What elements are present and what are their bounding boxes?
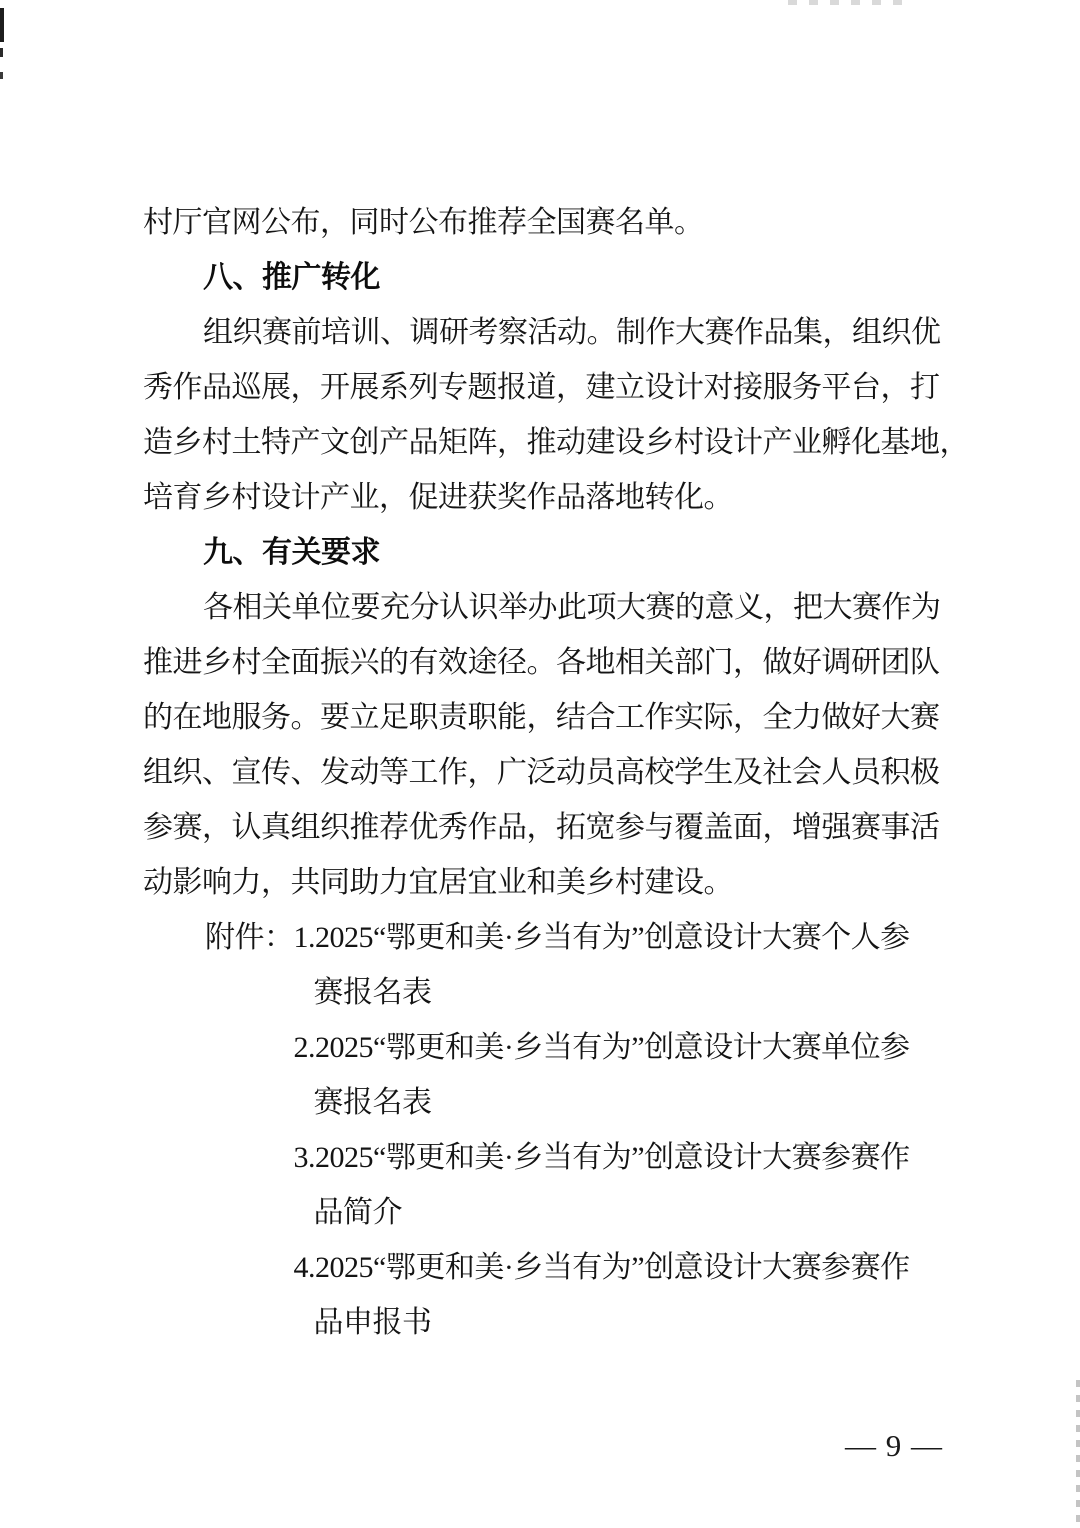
scan-artifact-left-edge xyxy=(0,8,4,42)
attachment-line: 赛报名表 xyxy=(294,1075,949,1130)
attachment-line: 4.2025“鄂更和美·乡当有为”创意设计大赛参赛作 xyxy=(294,1240,949,1295)
scan-artifact-top-dashes xyxy=(788,0,910,5)
attachments-list: 1.2025“鄂更和美·乡当有为”创意设计大赛个人参 赛报名表 2.2025“鄂… xyxy=(294,910,949,1350)
attachment-line: 1.2025“鄂更和美·乡当有为”创意设计大赛个人参 xyxy=(294,910,949,965)
attachment-item: 1.2025“鄂更和美·乡当有为”创意设计大赛个人参 赛报名表 xyxy=(294,910,949,1020)
text-line: 参赛，认真组织推荐优秀作品，拓宽参与覆盖面，增强赛事活 xyxy=(143,800,948,855)
text-line: 造乡村土特产文创产品矩阵，推动建设乡村设计产业孵化基地， xyxy=(143,415,948,470)
section-heading-promotion: 八、推广转化 xyxy=(143,250,948,305)
scan-artifact-left-edge xyxy=(0,48,3,57)
attachments-label: 附件： xyxy=(205,910,294,965)
document-body: 村厅官网公布，同时公布推荐全国赛名单。 八、推广转化 组织赛前培训、调研考察活动… xyxy=(143,195,948,1350)
attachment-line: 赛报名表 xyxy=(294,965,949,1020)
attachment-item: 4.2025“鄂更和美·乡当有为”创意设计大赛参赛作 品申报书 xyxy=(294,1240,949,1350)
document-page: 村厅官网公布，同时公布推荐全国赛名单。 八、推广转化 组织赛前培训、调研考察活动… xyxy=(0,0,1080,1528)
scan-artifact-left-edge xyxy=(0,72,3,79)
text-line: 的在地服务。要立足职责职能，结合工作实际，全力做好大赛 xyxy=(143,690,948,745)
text-line: 各相关单位要充分认识举办此项大赛的意义，把大赛作为 xyxy=(143,580,948,635)
text-line: 秀作品巡展，开展系列专题报道，建立设计对接服务平台，打 xyxy=(143,360,948,415)
attachment-line: 3.2025“鄂更和美·乡当有为”创意设计大赛参赛作 xyxy=(294,1130,949,1185)
attachment-item: 3.2025“鄂更和美·乡当有为”创意设计大赛参赛作 品简介 xyxy=(294,1130,949,1240)
text-line: 培育乡村设计产业，促进获奖作品落地转化。 xyxy=(143,470,948,525)
text-line: 组织赛前培训、调研考察活动。制作大赛作品集，组织优 xyxy=(143,305,948,360)
paragraph-continuation-line: 村厅官网公布，同时公布推荐全国赛名单。 xyxy=(143,195,948,250)
text-line: 推进乡村全面振兴的有效途径。各地相关部门，做好调研团队 xyxy=(143,635,948,690)
attachment-line: 品申报书 xyxy=(294,1295,949,1350)
scan-artifact-right-dashes xyxy=(1076,1380,1080,1528)
attachment-line: 2.2025“鄂更和美·乡当有为”创意设计大赛单位参 xyxy=(294,1020,949,1075)
attachments-block: 附件： 1.2025“鄂更和美·乡当有为”创意设计大赛个人参 赛报名表 2.20… xyxy=(143,910,948,1350)
text-line: 组织、宣传、发动等工作，广泛动员高校学生及社会人员积极 xyxy=(143,745,948,800)
page-number: — 9 — xyxy=(845,1428,943,1464)
text-line: 动影响力，共同助力宜居宜业和美乡村建设。 xyxy=(143,855,948,910)
attachment-item: 2.2025“鄂更和美·乡当有为”创意设计大赛单位参 赛报名表 xyxy=(294,1020,949,1130)
attachment-line: 品简介 xyxy=(294,1185,949,1240)
section-heading-requirements: 九、有关要求 xyxy=(143,525,948,580)
